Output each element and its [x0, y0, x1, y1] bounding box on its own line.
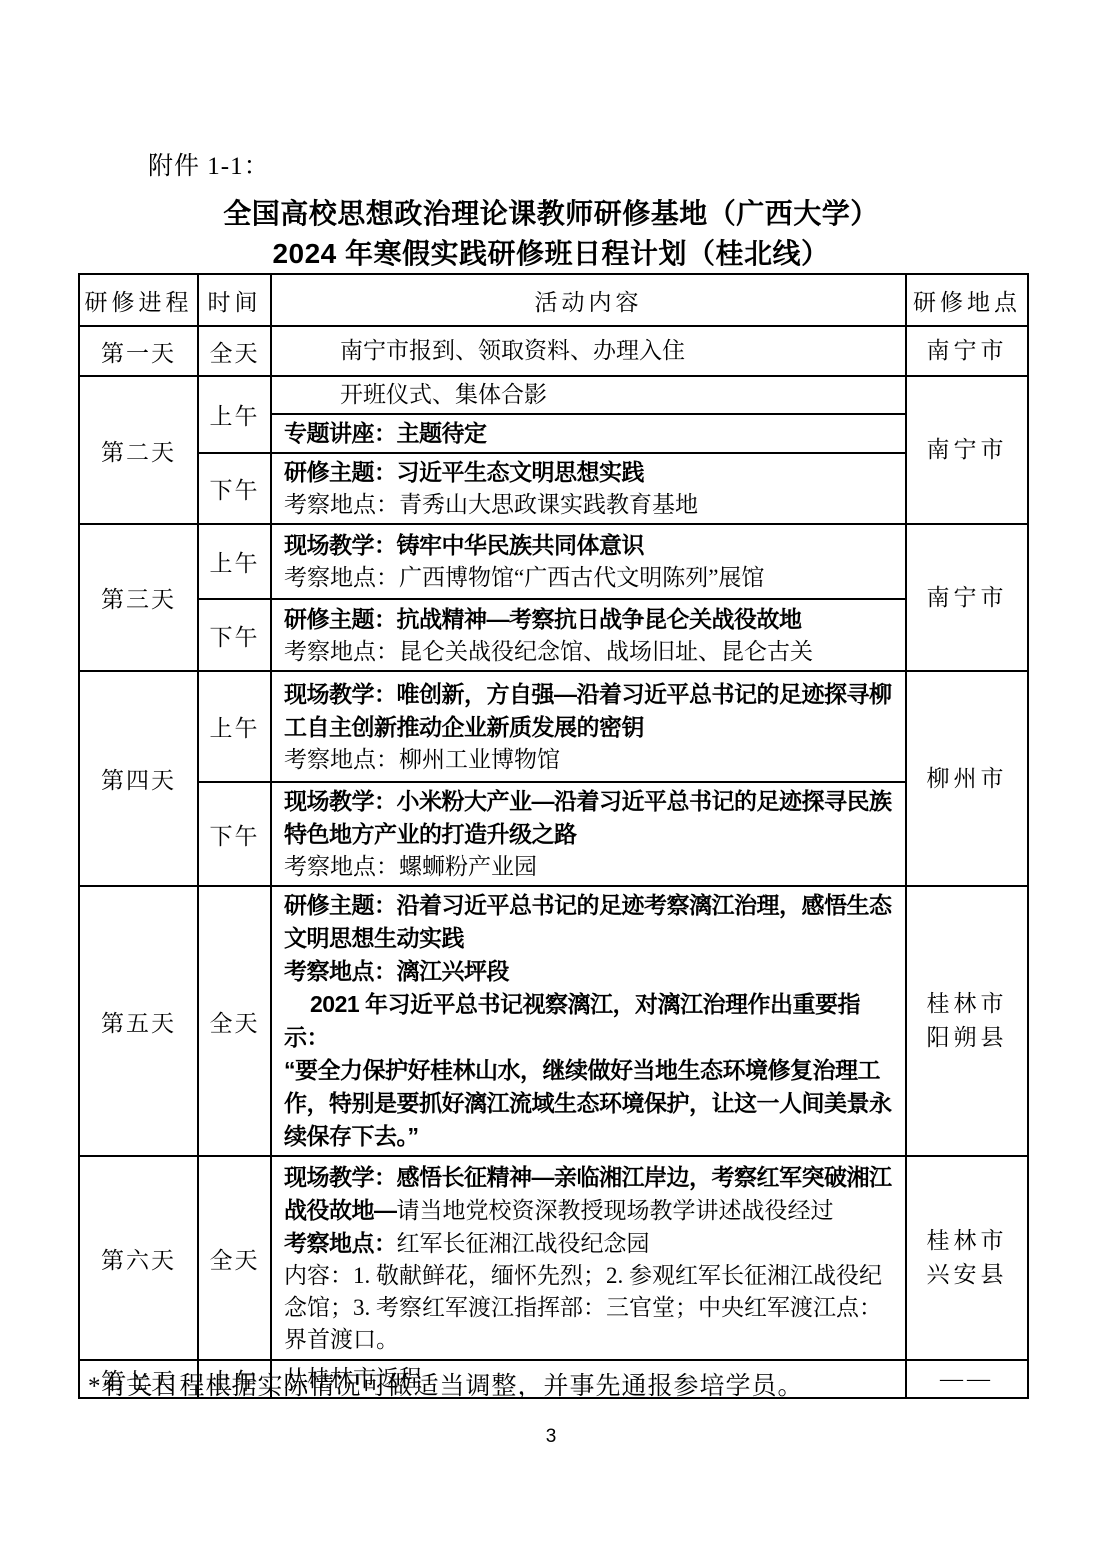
day-cell: 第五天 — [79, 886, 198, 1156]
table-row: 第五天全天研修主题：沿着习近平总书记的足迹考察漓江治理，感悟生态文明思想生动实践… — [79, 886, 1028, 1156]
content-line: 考察地点：广西博物馆“广西古代文明陈列”展馆 — [284, 562, 893, 594]
content-cell: 研修主题：沿着习近平总书记的足迹考察漓江治理，感悟生态文明思想生动实践考察地点：… — [271, 886, 906, 1156]
content-cell: 专题讲座：主题待定 — [271, 414, 906, 453]
document-page: 附件 1-1： 全国高校思想政治理论课教师研修基地（广西大学） 2024 年寒假… — [0, 0, 1102, 1559]
day-cell: 第一天 — [79, 326, 198, 376]
content-line: 现场教学：感悟长征精神—亲临湘江岸边，考察红军突破湘江战役故地—请当地党校资深教… — [284, 1161, 893, 1227]
page-number: 3 — [0, 1426, 1102, 1448]
location-cell: 桂林市兴安县 — [906, 1156, 1028, 1360]
content-line: 2021 年习近平总书记视察漓江，对漓江治理作出重要指示： — [284, 988, 893, 1054]
time-cell: 全天 — [198, 886, 271, 1156]
content-line: 专题讲座：主题待定 — [284, 417, 893, 450]
content-line: “要全力保护好桂林山水，继续做好当地生态环境修复治理工作，特别是要抓好漓江流域生… — [284, 1054, 893, 1153]
location-cell: 柳州市 — [906, 671, 1028, 886]
content-line: 现场教学：唯创新，方自强—沿着习近平总书记的足迹探寻柳工自主创新推动企业新质发展… — [284, 678, 893, 744]
column-header: 研修地点 — [906, 274, 1028, 326]
day-cell: 第四天 — [79, 671, 198, 886]
column-header: 研修进程 — [79, 274, 198, 326]
time-cell: 下午 — [198, 453, 271, 524]
content-line: 研修主题：沿着习近平总书记的足迹考察漓江治理，感悟生态文明思想生动实践 — [284, 889, 893, 955]
table-row: 下午研修主题：抗战精神—考察抗日战争昆仑关战役故地考察地点：昆仑关战役纪念馆、战… — [79, 599, 1028, 671]
location-cell: 桂林市阳朔县 — [906, 886, 1028, 1156]
content-cell: 研修主题：抗战精神—考察抗日战争昆仑关战役故地考察地点：昆仑关战役纪念馆、战场旧… — [271, 599, 906, 671]
content-cell: 开班仪式、集体合影 — [271, 376, 906, 414]
time-cell: 全天 — [198, 326, 271, 376]
content-line: 研修主题：习近平生态文明思想实践 — [284, 456, 893, 489]
time-cell: 上午 — [198, 671, 271, 782]
table-row: 下午现场教学：小米粉大产业—沿着习近平总书记的足迹探寻民族特色地方产业的打造升级… — [79, 782, 1028, 886]
content-line: 考察地点：柳州工业博物馆 — [284, 744, 893, 776]
table-row: 第四天上午现场教学：唯创新，方自强—沿着习近平总书记的足迹探寻柳工自主创新推动企… — [79, 671, 1028, 782]
content-cell: 现场教学：感悟长征精神—亲临湘江岸边，考察红军突破湘江战役故地—请当地党校资深教… — [271, 1156, 906, 1360]
footnote: *有关日程根据实际情况可做适当调整，并事先通报参培学员。 — [88, 1366, 804, 1402]
time-cell: 全天 — [198, 1156, 271, 1360]
time-cell: 下午 — [198, 782, 271, 886]
content-line: 开班仪式、集体合影 — [284, 379, 893, 411]
content-line: 考察地点：昆仑关战役纪念馆、战场旧址、昆仑古关 — [284, 636, 893, 668]
header-row: 研修进程时间活动内容研修地点 — [79, 274, 1028, 326]
time-cell: 上午 — [198, 376, 271, 453]
time-cell: 下午 — [198, 599, 271, 671]
day-cell: 第三天 — [79, 524, 198, 671]
table-row: 第二天上午开班仪式、集体合影南宁市 — [79, 376, 1028, 414]
table-row: 第三天上午现场教学：铸牢中华民族共同体意识考察地点：广西博物馆“广西古代文明陈列… — [79, 524, 1028, 599]
location-cell: 南宁市 — [906, 376, 1028, 524]
table-row: 下午研修主题：习近平生态文明思想实践考察地点：青秀山大思政课实践教育基地 — [79, 453, 1028, 524]
location-cell: 南宁市 — [906, 326, 1028, 376]
location-cell: —— — [906, 1360, 1028, 1398]
content-cell: 现场教学：铸牢中华民族共同体意识考察地点：广西博物馆“广西古代文明陈列”展馆 — [271, 524, 906, 599]
table-row: 第一天全天南宁市报到、领取资料、办理入住南宁市 — [79, 326, 1028, 376]
content-line: 内容：1. 敬献鲜花，缅怀先烈；2. 参观红军长征湘江战役纪念馆；3. 考察红军… — [284, 1260, 893, 1356]
content-line: 研修主题：抗战精神—考察抗日战争昆仑关战役故地 — [284, 603, 893, 636]
column-header: 活动内容 — [271, 274, 906, 326]
content-line: 考察地点：漓江兴坪段 — [284, 955, 893, 988]
day-cell: 第二天 — [79, 376, 198, 524]
table-body: 第一天全天南宁市报到、领取资料、办理入住南宁市第二天上午开班仪式、集体合影南宁市… — [79, 326, 1028, 1398]
column-header: 时间 — [198, 274, 271, 326]
content-line: 考察地点：红军长征湘江战役纪念园 — [284, 1227, 893, 1260]
time-cell: 上午 — [198, 524, 271, 599]
content-line: 现场教学：铸牢中华民族共同体意识 — [284, 529, 893, 562]
location-cell: 南宁市 — [906, 524, 1028, 671]
content-cell: 研修主题：习近平生态文明思想实践考察地点：青秀山大思政课实践教育基地 — [271, 453, 906, 524]
doc-title-line-2: 2024 年寒假实践研修班日程计划（桂北线） — [0, 232, 1102, 272]
content-cell: 现场教学：小米粉大产业—沿着习近平总书记的足迹探寻民族特色地方产业的打造升级之路… — [271, 782, 906, 886]
content-line: 考察地点：螺蛳粉产业园 — [284, 851, 893, 883]
content-line: 南宁市报到、领取资料、办理入住 — [284, 335, 893, 367]
table-row: 第六天全天现场教学：感悟长征精神—亲临湘江岸边，考察红军突破湘江战役故地—请当地… — [79, 1156, 1028, 1360]
doc-title-line-1: 全国高校思想政治理论课教师研修基地（广西大学） — [0, 192, 1102, 232]
table-header: 研修进程时间活动内容研修地点 — [79, 274, 1028, 326]
content-cell: 南宁市报到、领取资料、办理入住 — [271, 326, 906, 376]
content-line: 现场教学：小米粉大产业—沿着习近平总书记的足迹探寻民族特色地方产业的打造升级之路 — [284, 785, 893, 851]
day-cell: 第六天 — [79, 1156, 198, 1360]
attachment-label: 附件 1-1： — [148, 146, 270, 182]
schedule-table: 研修进程时间活动内容研修地点 第一天全天南宁市报到、领取资料、办理入住南宁市第二… — [78, 273, 1029, 1399]
content-cell: 现场教学：唯创新，方自强—沿着习近平总书记的足迹探寻柳工自主创新推动企业新质发展… — [271, 671, 906, 782]
content-line: 考察地点：青秀山大思政课实践教育基地 — [284, 489, 893, 521]
